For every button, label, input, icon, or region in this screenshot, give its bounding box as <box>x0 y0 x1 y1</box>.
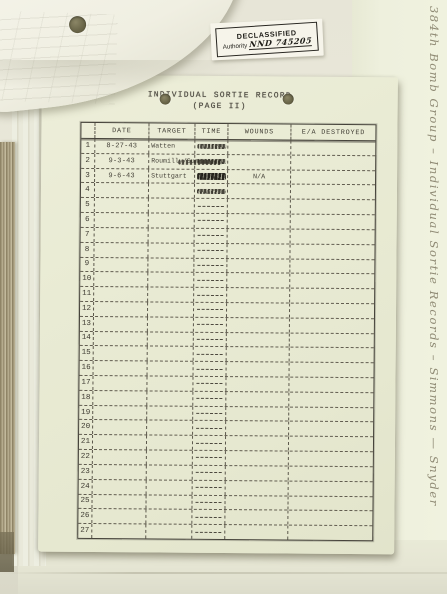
date-cell <box>93 391 147 405</box>
row-number: 5 <box>81 198 95 212</box>
wounds-cell <box>228 199 291 213</box>
date-cell: 8-27-43 <box>95 139 149 153</box>
date-cell <box>92 509 146 523</box>
declassified-stamp-border: DECLASSIFIED Authority NND 745205 <box>215 22 319 58</box>
row-number: 20 <box>79 420 93 434</box>
target-cell <box>147 421 193 435</box>
header-wounds: WOUNDS <box>228 124 291 139</box>
ea-destroyed-cell <box>290 259 374 273</box>
wounds-cell <box>228 185 291 199</box>
table-row: 27 <box>78 524 372 540</box>
time-cell <box>193 377 226 391</box>
date-cell <box>95 198 149 212</box>
date-cell <box>94 258 148 272</box>
page-stack-brown-edges <box>0 142 15 554</box>
target-cell <box>147 376 193 390</box>
row-number: 27 <box>78 524 92 538</box>
time-cell <box>194 362 227 376</box>
typed-dash-line <box>196 428 222 429</box>
time-cell <box>194 332 227 346</box>
ea-destroyed-cell <box>289 407 373 421</box>
wounds-cell <box>227 244 290 258</box>
typed-dash-line <box>195 531 221 532</box>
row-number: 11 <box>80 287 94 301</box>
ea-destroyed-cell <box>289 481 373 495</box>
ea-destroyed-cell <box>289 466 373 480</box>
target-cell <box>149 228 195 242</box>
typed-dash-line <box>198 220 224 221</box>
row-number: 14 <box>80 331 94 345</box>
wounds-cell <box>227 303 290 317</box>
date-cell <box>94 332 148 346</box>
row-number: 22 <box>79 450 93 464</box>
typed-dash-line <box>196 487 222 488</box>
ea-destroyed-cell <box>290 289 374 303</box>
date-cell <box>94 302 148 316</box>
row-number: 16 <box>80 361 94 375</box>
header-date: DATE <box>95 123 149 138</box>
crossed-out-text <box>197 144 226 149</box>
row-number: 15 <box>80 346 94 360</box>
punch-hole-icon <box>160 94 171 105</box>
target-cell <box>148 317 194 331</box>
target-cell <box>149 214 195 228</box>
row-number: 3 <box>81 169 95 183</box>
time-cell <box>194 258 227 272</box>
wounds-cell <box>226 377 289 391</box>
time-cell <box>195 169 228 183</box>
date-cell <box>94 361 148 375</box>
wounds-cell <box>228 229 291 243</box>
target-cell <box>146 525 192 539</box>
wounds-cell <box>225 496 288 510</box>
target-cell: Watten <box>149 139 195 153</box>
wounds-cell <box>227 318 290 332</box>
typed-dash-line <box>197 324 223 325</box>
crossed-out-text <box>196 189 225 194</box>
target-cell <box>148 302 194 316</box>
typed-dash-line <box>196 442 222 443</box>
wounds-cell <box>226 392 289 406</box>
typed-dash-line <box>197 339 223 340</box>
ea-destroyed-cell <box>290 348 374 362</box>
typed-dash-line <box>196 502 222 503</box>
date-cell <box>93 465 147 479</box>
wounds-cell <box>227 288 290 302</box>
wounds-cell <box>226 407 289 421</box>
typed-dash-line <box>198 205 224 206</box>
row-number: 25 <box>78 494 92 508</box>
typed-dash-line <box>197 265 223 266</box>
date-cell <box>95 228 149 242</box>
target-cell <box>148 258 194 272</box>
time-cell <box>194 244 227 258</box>
time-cell <box>193 451 226 465</box>
sortie-record-page: INDIVIDUAL SORTIE RECORD (PAGE II) DATET… <box>38 75 398 555</box>
wounds-cell <box>226 466 289 480</box>
ea-destroyed-cell <box>289 392 373 406</box>
date-cell: 9-3-43 <box>95 154 149 168</box>
date-cell <box>92 524 146 538</box>
header-target: TARGET <box>149 123 195 138</box>
date-cell <box>93 406 147 420</box>
target-cell <box>146 510 192 524</box>
ea-destroyed-cell <box>291 141 375 155</box>
date-cell <box>94 346 148 360</box>
date-cell <box>93 420 147 434</box>
wounds-cell <box>226 436 289 450</box>
wounds-cell: N/A <box>228 170 291 184</box>
time-cell <box>195 214 228 228</box>
ea-destroyed-cell <box>291 229 375 243</box>
row-number: 1 <box>81 139 95 153</box>
typed-dash-line <box>197 354 223 355</box>
date-cell <box>94 317 148 331</box>
target-cell <box>147 391 193 405</box>
under-sheet-edge <box>0 572 447 574</box>
page-fold-shadow <box>0 60 250 90</box>
target-cell <box>148 288 194 302</box>
wounds-cell <box>227 273 290 287</box>
row-number: 10 <box>80 272 94 286</box>
row-number: 4 <box>81 183 95 197</box>
declassified-stamp: DECLASSIFIED Authority NND 745205 <box>210 19 324 61</box>
sortie-table: DATETARGETTIMEWOUNDSE/A DESTROYED 18-27-… <box>77 122 376 541</box>
ea-destroyed-cell <box>290 274 374 288</box>
row-number: 17 <box>79 376 93 390</box>
wounds-cell <box>228 155 291 169</box>
typed-dash-line <box>197 368 223 369</box>
target-cell <box>147 436 193 450</box>
target-cell <box>148 362 194 376</box>
ea-destroyed-cell <box>288 496 372 510</box>
date-cell: 9-6-43 <box>95 169 149 183</box>
time-cell <box>192 510 225 524</box>
ea-destroyed-cell <box>289 422 373 436</box>
header-time: TIME <box>195 124 228 139</box>
row-number: 6 <box>81 213 95 227</box>
time-cell <box>194 318 227 332</box>
typed-dash-line <box>196 383 222 384</box>
ea-destroyed-cell <box>289 452 373 466</box>
row-number: 2 <box>81 154 95 168</box>
time-cell <box>195 229 228 243</box>
typed-dash-line <box>196 398 222 399</box>
typed-dash-line <box>195 517 221 518</box>
wounds-cell <box>227 362 290 376</box>
punch-hole-icon <box>283 94 294 105</box>
wounds-cell <box>225 525 288 539</box>
typed-dash-line <box>196 472 222 473</box>
target-cell <box>149 199 195 213</box>
date-cell <box>93 480 147 494</box>
ea-destroyed-cell <box>288 511 372 525</box>
wounds-cell <box>226 422 289 436</box>
time-cell <box>193 480 226 494</box>
row-number: 19 <box>79 406 93 420</box>
header-e-a-destroyed: E/A DESTROYED <box>291 125 375 141</box>
table-body: 18-27-43Watten29-3-43Roumilly/Sur39-6-43… <box>78 139 375 540</box>
date-cell <box>95 183 149 197</box>
ea-destroyed-cell <box>291 185 375 199</box>
ea-destroyed-cell <box>291 170 375 184</box>
row-number: 12 <box>80 302 94 316</box>
ea-destroyed-cell <box>289 378 373 392</box>
time-cell <box>192 495 225 509</box>
target-cell <box>148 332 194 346</box>
typed-dash-line <box>197 294 223 295</box>
target-cell: Stuttgart <box>149 169 195 183</box>
wounds-cell <box>225 510 288 524</box>
date-cell <box>94 272 148 286</box>
wounds-cell <box>226 481 289 495</box>
target-cell: Roumilly/Sur <box>149 154 195 168</box>
time-cell <box>193 436 226 450</box>
time-cell <box>192 525 225 539</box>
target-cell <box>149 184 195 198</box>
ea-destroyed-cell <box>290 244 374 258</box>
typed-dash-line <box>196 457 222 458</box>
wounds-cell <box>227 347 290 361</box>
target-cell <box>148 273 194 287</box>
row-number: 7 <box>81 228 95 242</box>
time-cell <box>194 347 227 361</box>
page-stack-dark-corner <box>0 532 14 572</box>
row-number: 23 <box>79 465 93 479</box>
row-number: 24 <box>79 480 93 494</box>
crossed-out-text <box>178 159 222 164</box>
time-cell <box>195 140 228 154</box>
time-cell <box>195 184 228 198</box>
margin-handwriting: 384th Bomb Group – Individual Sortie Rec… <box>427 6 441 507</box>
target-cell <box>146 495 192 509</box>
typed-dash-line <box>196 413 222 414</box>
time-cell <box>193 421 226 435</box>
row-number: 8 <box>80 243 94 257</box>
header-row-number <box>81 123 95 138</box>
authority-label: Authority <box>222 41 247 52</box>
time-cell <box>193 466 226 480</box>
date-cell <box>93 435 147 449</box>
date-cell <box>92 495 146 509</box>
ea-destroyed-cell <box>290 318 374 332</box>
typed-dash-line <box>197 309 223 310</box>
time-cell <box>193 392 226 406</box>
wounds-cell <box>227 333 290 347</box>
typed-dash-line <box>197 280 223 281</box>
row-number: 18 <box>79 391 93 405</box>
target-cell <box>147 465 193 479</box>
target-cell <box>147 480 193 494</box>
row-number: 9 <box>80 257 94 271</box>
ea-destroyed-cell <box>291 215 375 229</box>
date-cell <box>93 376 147 390</box>
typed-dash-line <box>197 250 223 251</box>
ea-destroyed-cell <box>291 200 375 214</box>
time-cell <box>194 288 227 302</box>
target-cell <box>148 347 194 361</box>
ea-destroyed-cell <box>290 363 374 377</box>
row-number: 26 <box>78 509 92 523</box>
date-cell <box>93 450 147 464</box>
date-cell <box>95 213 149 227</box>
wounds-cell <box>226 451 289 465</box>
wounds-cell <box>228 214 291 228</box>
ea-destroyed-cell <box>290 333 374 347</box>
wounds-cell <box>227 259 290 273</box>
ea-destroyed-cell <box>289 437 373 451</box>
typed-dash-line <box>198 235 224 236</box>
time-cell <box>194 303 227 317</box>
crossed-out-text <box>197 173 226 180</box>
ea-destroyed-cell <box>291 155 375 169</box>
row-number: 21 <box>79 435 93 449</box>
target-cell <box>148 243 194 257</box>
date-cell <box>94 287 148 301</box>
target-cell <box>147 406 193 420</box>
ea-destroyed-cell <box>288 526 372 540</box>
bleed-through-marks <box>0 10 118 104</box>
row-number: 13 <box>80 317 94 331</box>
time-cell <box>193 406 226 420</box>
date-cell <box>94 243 148 257</box>
ea-destroyed-cell <box>290 304 374 318</box>
time-cell <box>195 199 228 213</box>
target-cell <box>147 451 193 465</box>
wounds-cell <box>228 140 291 154</box>
authority-value: NND 745205 <box>249 36 312 50</box>
time-cell <box>194 273 227 287</box>
photo-of-document: 384th Bomb Group – Individual Sortie Rec… <box>0 0 447 594</box>
